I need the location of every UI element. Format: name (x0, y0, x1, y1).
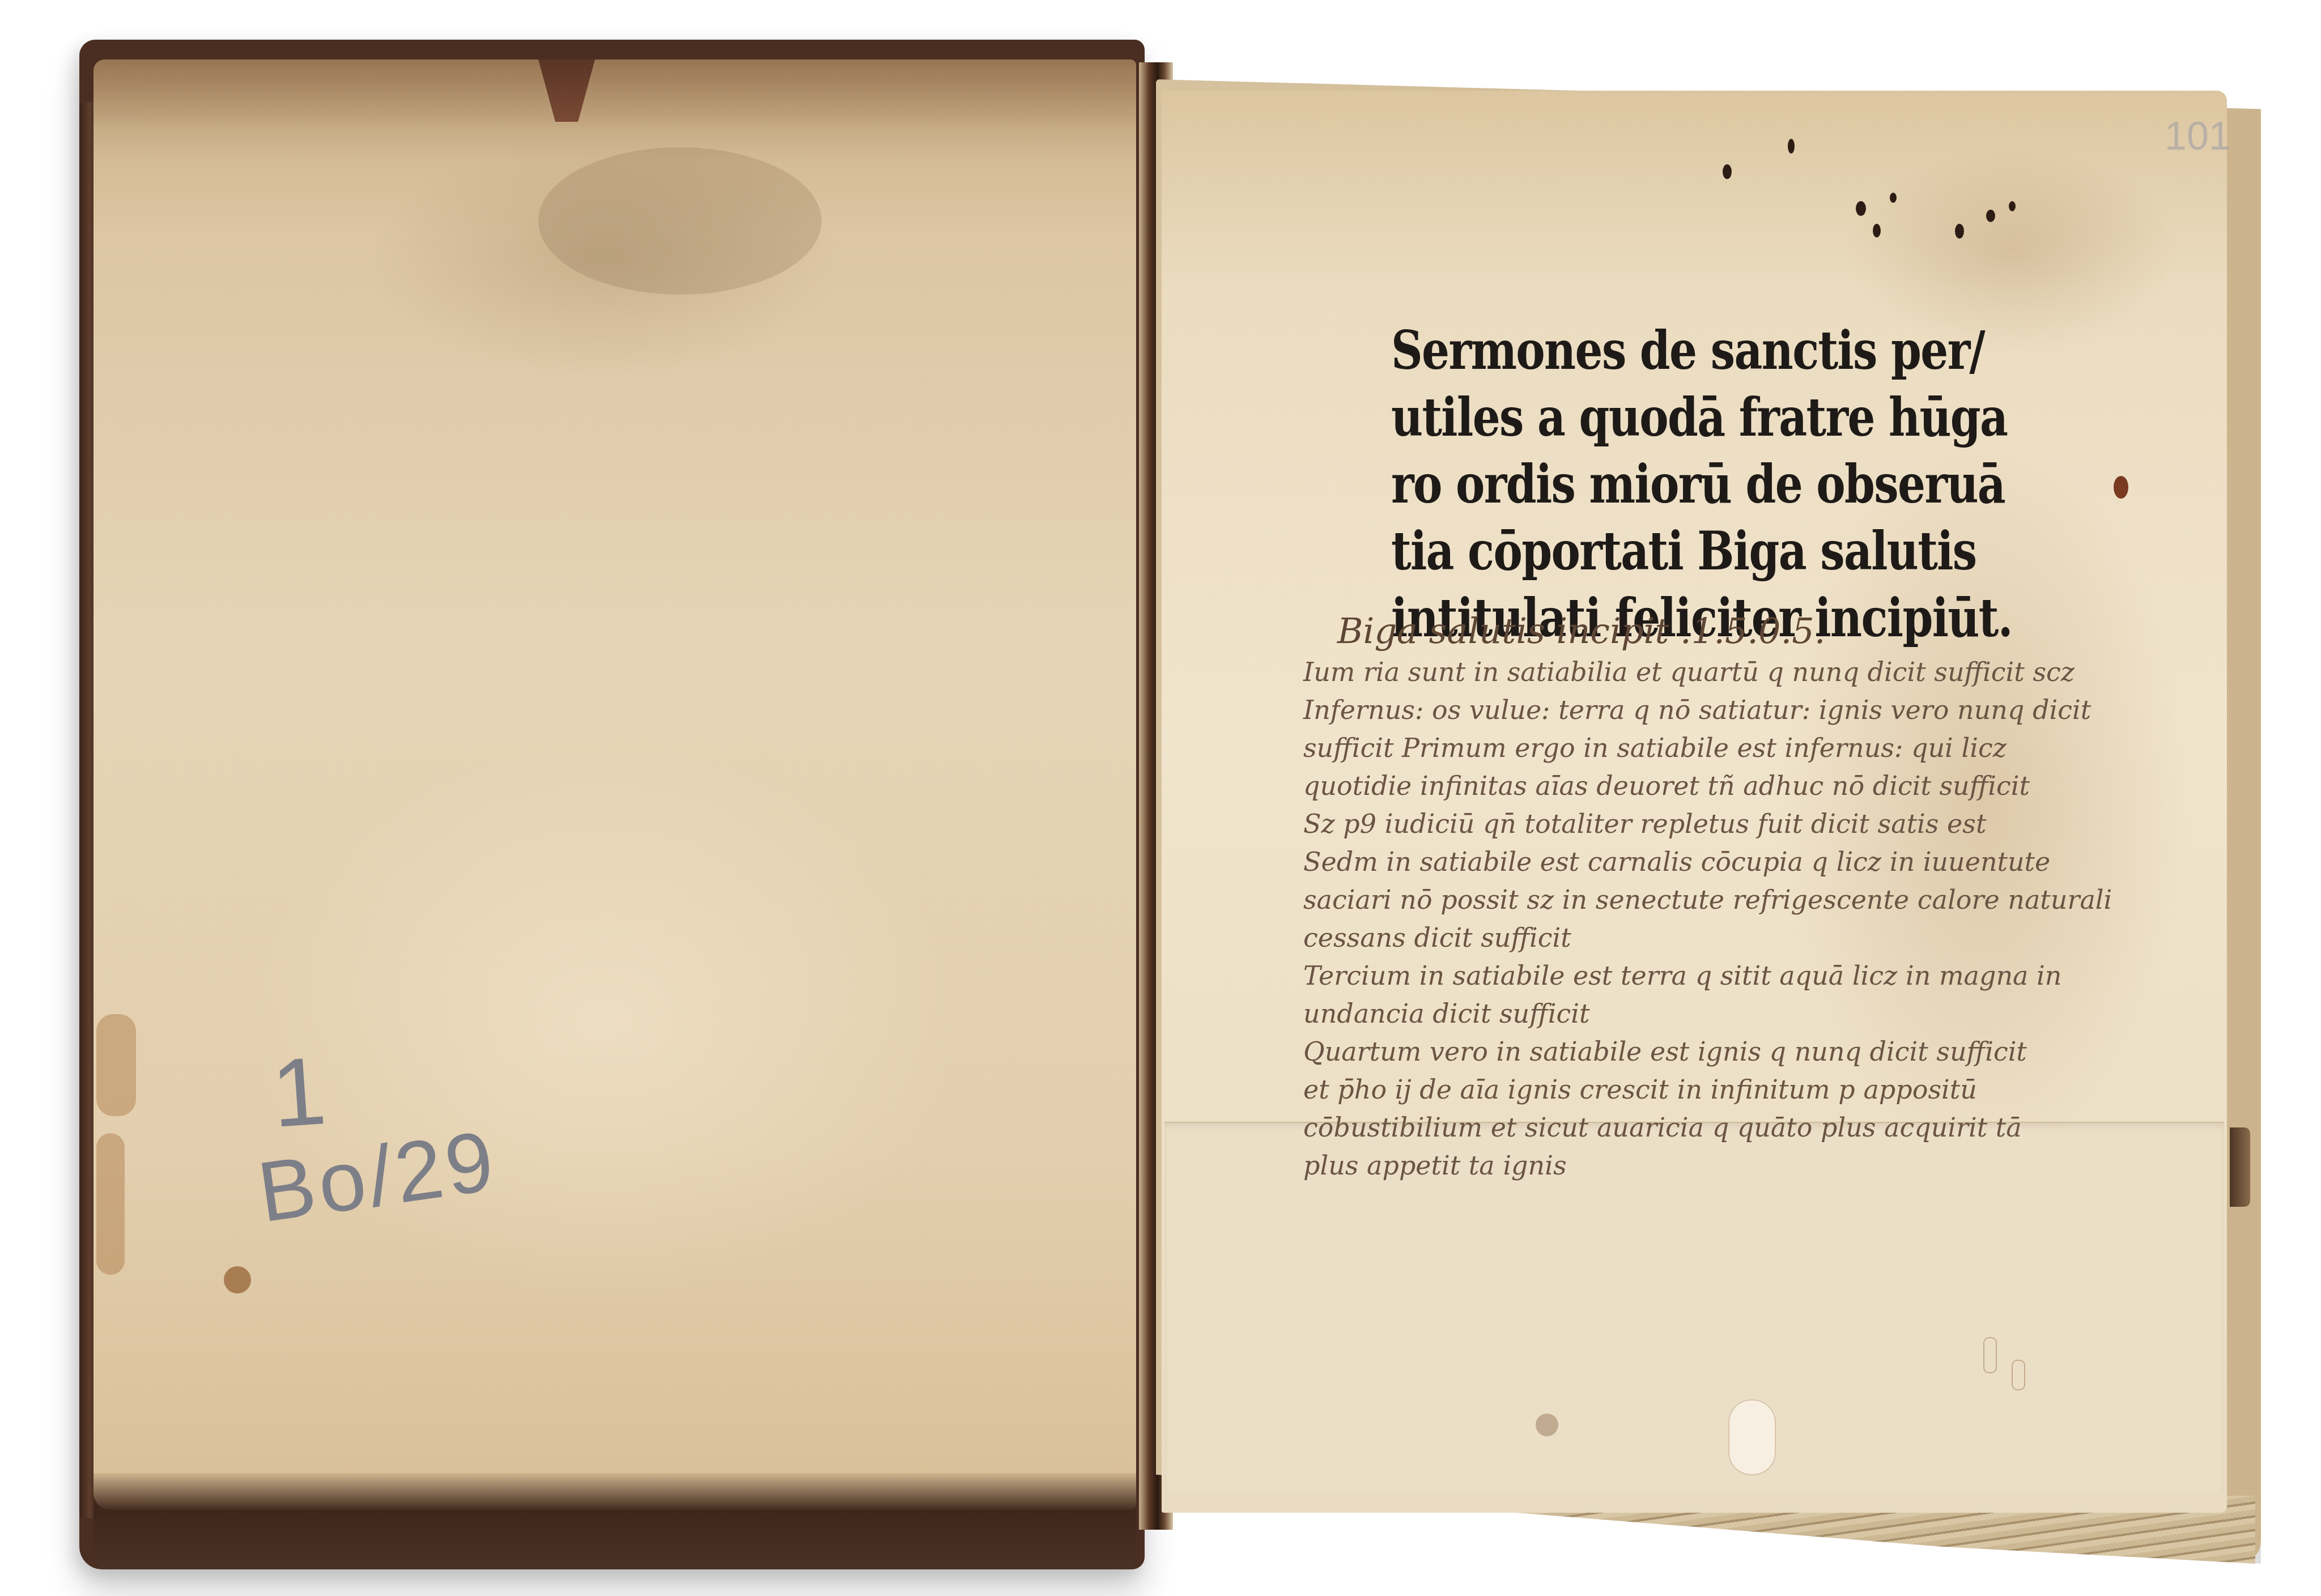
open-book: 1 Bo/29 101 Sermones de sanctis per/ uti… (0, 0, 2321, 1596)
manuscript-line: Tercium in satiabile est terra q sitit a… (1303, 957, 2221, 995)
title-line: tia cōportati Biga salutis (1391, 518, 1995, 585)
worm-track-stain (96, 1014, 136, 1116)
manuscript-line: plus appetit ta ignis (1303, 1147, 2221, 1185)
worm-hole (1788, 139, 1795, 154)
manuscript-line: Infernus: os vulue: terra q nō satiatur:… (1303, 691, 2221, 729)
water-spot (2012, 1360, 2025, 1390)
worm-hole (1955, 224, 1964, 239)
leather-page-tab (2230, 1127, 2250, 1207)
worm-hole (1986, 210, 1995, 222)
manuscript-line: Ium ria sunt in satiabilia et quartū q n… (1303, 653, 2221, 691)
water-spot (1536, 1414, 1558, 1436)
manuscript-line: cōbustibilium et sicut auaricia q quāto … (1303, 1109, 2221, 1147)
title-line: Sermones de sanctis per/ (1391, 317, 1995, 384)
worm-hole (2114, 476, 2128, 499)
printed-title: Sermones de sanctis per/ utiles a quodā … (1391, 317, 1995, 652)
manuscript-line: et p̄ho ij de aīa ignis crescit in infin… (1303, 1071, 2221, 1109)
pencil-numeral: 1 (268, 1035, 333, 1150)
manuscript-line: Sedm in satiabile est carnalis cōcupia q… (1303, 843, 2221, 881)
worm-hole (1873, 224, 1881, 237)
manuscript-line: cessans dicit sufficit (1303, 919, 2221, 957)
manuscript-line: quotidie infinitas aīas deuoret tñ adhuc… (1303, 767, 2221, 805)
manuscript-line: sufficit Primum ergo in satiabile est in… (1303, 729, 2221, 767)
worm-track-stain (96, 1133, 125, 1275)
manuscript-line: Sz p9 iudiciū qn̄ totaliter repletus fui… (1303, 805, 2221, 843)
foxing-spot (224, 1266, 251, 1293)
manuscript-line: undancia dicit sufficit (1303, 995, 2221, 1033)
title-line: utiles a quodā fratre hūga (1391, 384, 1995, 451)
title-line: ro ordis miorū de obseruā (1391, 451, 1995, 518)
water-spot (1983, 1337, 1997, 1373)
worm-hole (1856, 201, 1866, 216)
worm-hole (1723, 164, 1732, 179)
water-stain (538, 147, 822, 295)
manuscript-line: saciari nō possit sz in senectute refrig… (1303, 881, 2221, 919)
manuscript-annotation: Biga salutis incipit .1.5.0.5. Ium ria s… (1303, 612, 2221, 1185)
worm-hole (2009, 201, 2016, 211)
pastedown-bottom-stain (93, 1473, 1136, 1569)
manuscript-line: Quartum vero in satiabile est ignis q nu… (1303, 1033, 2221, 1071)
worm-hole (1890, 193, 1897, 203)
manuscript-heading: Biga salutis incipit .1.5.0.5. (1337, 612, 2221, 650)
water-spot (1728, 1399, 1776, 1475)
pastedown-top-stain (93, 59, 1136, 161)
faint-shelfmark: 101 (2165, 113, 2231, 159)
